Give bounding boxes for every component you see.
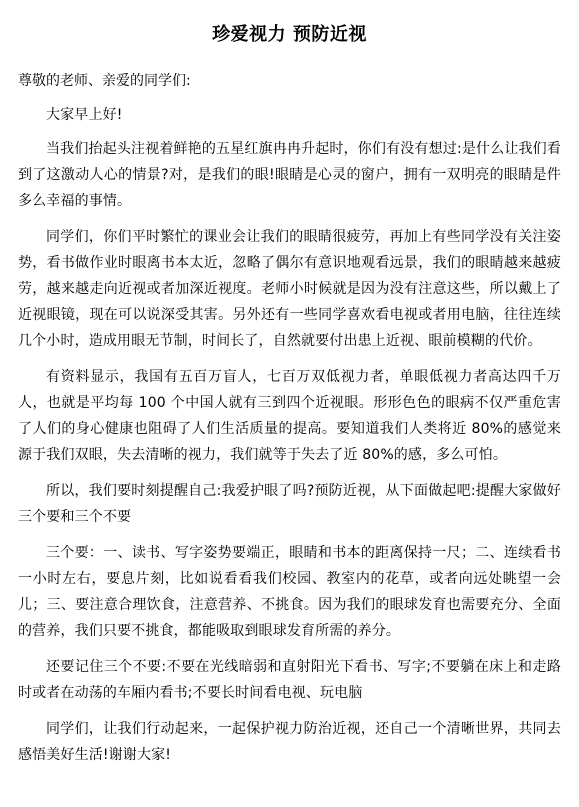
spacer xyxy=(18,468,561,478)
paragraph-intro: 当我们抬起头注视着鲜艳的五星红旗冉冉升起时，你们有没有想过:是什么让我们看到了这… xyxy=(18,136,561,214)
paragraph-greeting: 大家早上好! xyxy=(18,102,561,128)
paragraph-three-donts: 还要记住三个不要:不要在光线暗弱和直射阳光下看书、写字;不要躺在床上和走路时或者… xyxy=(18,654,561,706)
spacer xyxy=(18,214,561,224)
document-title: 珍爱视力 预防近视 xyxy=(18,0,561,54)
paragraph-reminder: 所以，我们要时刻提醒自己:我爱护眼了吗?预防近视，从下面做起吧:提醒大家做好三个… xyxy=(18,478,561,530)
spacer xyxy=(18,94,561,102)
paragraph-statistics: 有资料显示，我国有五百万盲人，七百万双低视力者，单眼低视力者高达四千万人，也就是… xyxy=(18,364,561,468)
spacer xyxy=(18,354,561,364)
spacer xyxy=(18,706,561,716)
spacer xyxy=(18,128,561,136)
spacer xyxy=(18,530,561,540)
paragraph-causes: 同学们，你们平时繁忙的课业会让我们的眼睛很疲劳，再加上有些同学没有关注姿势，看书… xyxy=(18,224,561,354)
document-page: 珍爱视力 预防近视 尊敬的老师、亲爱的同学们: 大家早上好! 当我们抬起头注视着… xyxy=(0,0,579,807)
salutation: 尊敬的老师、亲爱的同学们: xyxy=(18,68,561,94)
spacer xyxy=(18,644,561,654)
paragraph-closing: 同学们，让我们行动起来，一起保护视力防治近视，还自己一个清晰世界，共同去感悟美好… xyxy=(18,716,561,768)
paragraph-three-dos: 三个要：一、读书、写字姿势要端正，眼睛和书本的距离保持一尺；二、连续看书一小时左… xyxy=(18,540,561,644)
